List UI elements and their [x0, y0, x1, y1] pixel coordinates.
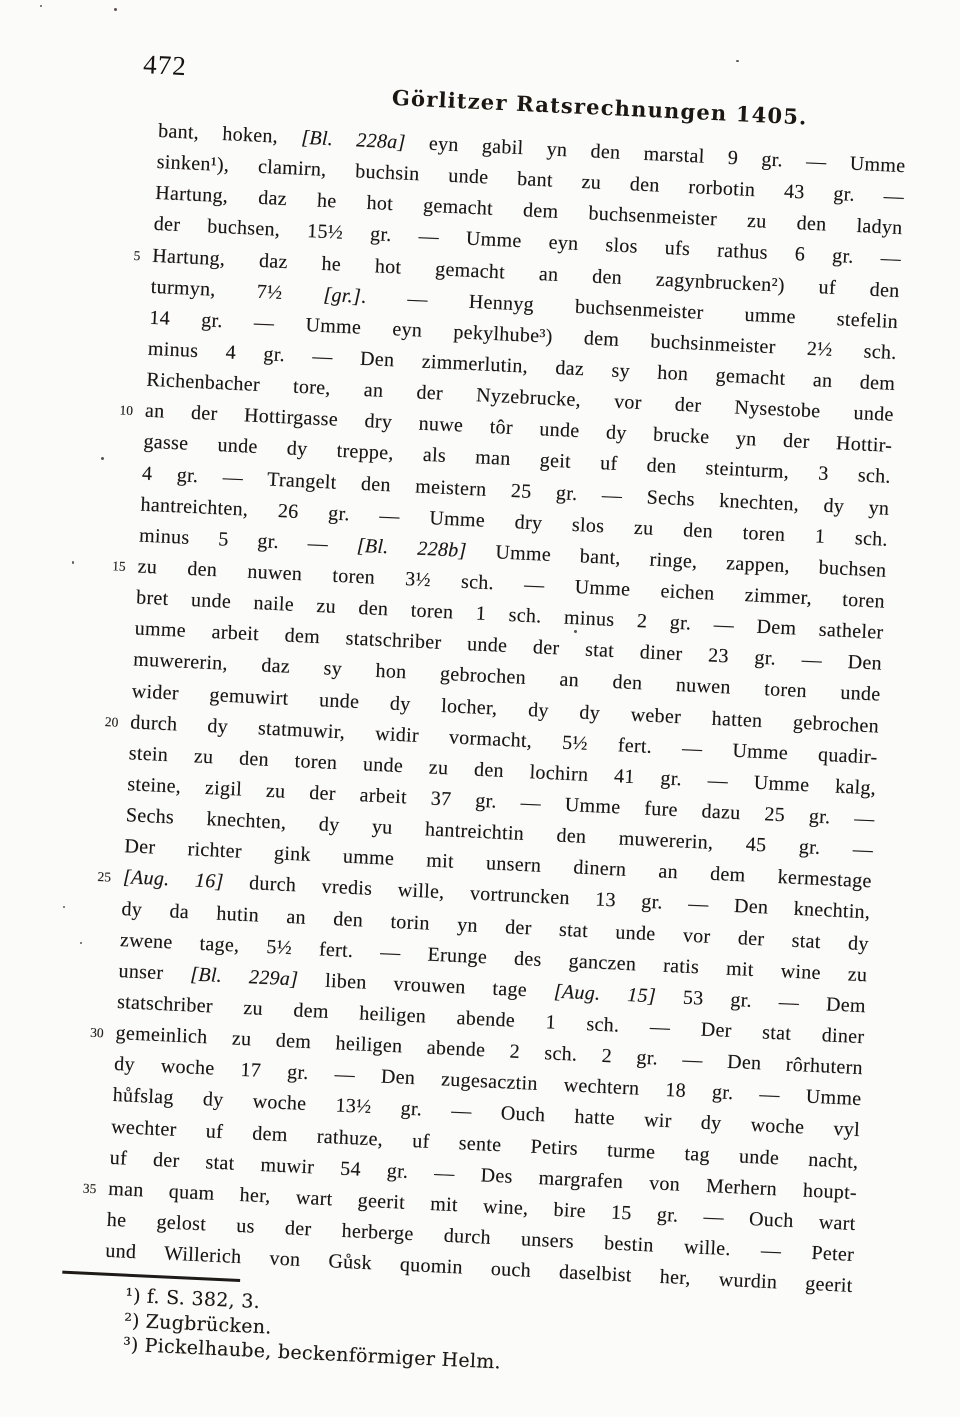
margin-line-number [85, 674, 121, 676]
margin-line-number [80, 767, 116, 769]
body-text: bant, hoken, [Bl. 228a] eyn gabil yn den… [105, 116, 906, 1302]
footnote-separator [62, 1271, 240, 1282]
footnotes: ¹)f. S. 382, 3. ²)Zugbrücken. ³)Pickelha… [122, 1284, 725, 1386]
margin-line-number [70, 985, 106, 987]
footnote-marker: ²) [124, 1309, 141, 1332]
ink-speck [80, 942, 82, 944]
ink-speck [40, 5, 42, 7]
scanned-book-page: 472 Görlitzer Ratsrechnungen 1405. bant,… [0, 0, 960, 1417]
running-header: Görlitzer Ratsrechnungen 1405. [391, 85, 808, 130]
margin-line-number [65, 1078, 101, 1080]
margin-line-number [99, 363, 135, 365]
margin-line-number: 30 [67, 1016, 104, 1049]
ink-speck [574, 630, 577, 633]
margin-line-number [101, 331, 137, 333]
ink-speck [72, 561, 74, 564]
margin-line-number [107, 207, 143, 209]
margin-line-number [63, 1140, 99, 1142]
margin-line-number [93, 487, 129, 489]
ink-speck [736, 60, 739, 62]
margin-line-number: 25 [74, 860, 111, 893]
margin-line-number [79, 798, 115, 800]
margin-line-number: 10 [96, 394, 133, 427]
margin-line-number [111, 114, 147, 116]
margin-line-number [109, 145, 145, 147]
margin-line-number [64, 1109, 100, 1111]
margin-line-number: 35 [60, 1171, 97, 1204]
ink-speck [63, 906, 65, 908]
margin-line-number [86, 642, 122, 644]
margin-line-number [87, 611, 123, 613]
margin-line-number [73, 922, 109, 924]
margin-line-number [77, 829, 113, 831]
ink-speck [114, 8, 117, 11]
margin-line-number: 5 [104, 238, 141, 271]
footnote-text: f. S. 382, 3. [146, 1286, 260, 1313]
margin-line-number [71, 954, 107, 956]
page-content: 472 Görlitzer Ratsrechnungen 1405. bant,… [99, 50, 909, 1417]
footnote-marker: ³) [122, 1334, 139, 1357]
page-number: 472 [143, 49, 188, 82]
ink-speck [101, 457, 104, 460]
footnote-marker: ¹) [125, 1285, 142, 1308]
margin-line-number [58, 1233, 94, 1235]
margin-line-number: 20 [82, 705, 119, 738]
margin-line-number [92, 518, 128, 520]
margin-line-number: 15 [89, 549, 126, 582]
margin-line-number [108, 176, 144, 178]
margin-line-number [102, 300, 138, 302]
